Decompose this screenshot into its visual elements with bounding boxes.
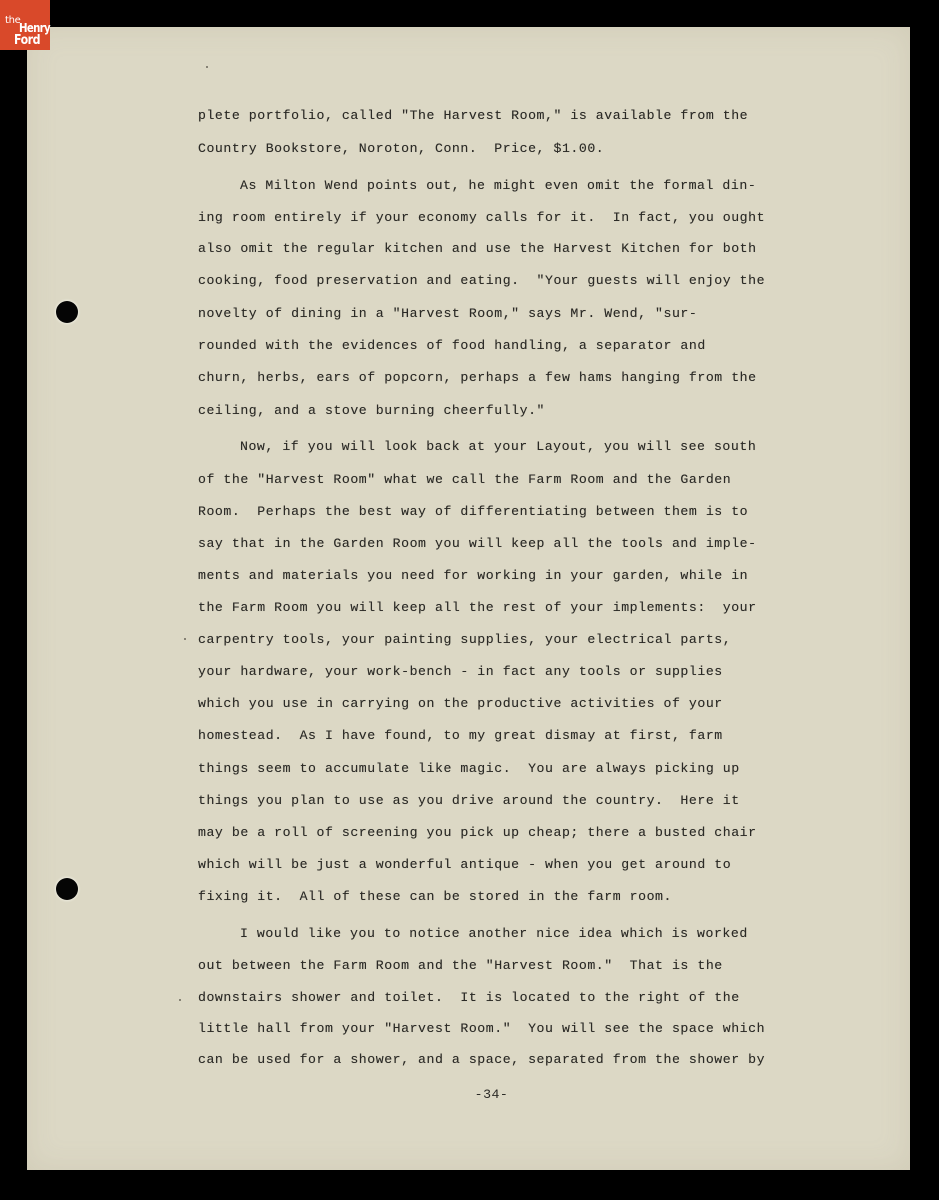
text-line: churn, herbs, ears of popcorn, perhaps a… (198, 370, 757, 386)
text-line: the Farm Room you will keep all the rest… (198, 600, 757, 616)
paper-speck (179, 999, 181, 1001)
paragraph-start-line: I would like you to notice another nice … (240, 926, 748, 942)
text-line: your hardware, your work-bench - in fact… (198, 664, 723, 680)
text-line: downstairs shower and toilet. It is loca… (198, 990, 740, 1006)
text-line: cooking, food preservation and eating. "… (198, 273, 765, 289)
text-line: novelty of dining in a "Harvest Room," s… (198, 306, 697, 322)
henry-ford-logo: the Henry Ford (0, 0, 50, 50)
text-line: ments and materials you need for working… (198, 568, 748, 584)
paragraph-start-line: Now, if you will look back at your Layou… (240, 439, 756, 455)
paper-speck (206, 66, 208, 68)
text-line: may be a roll of screening you pick up c… (198, 825, 757, 841)
text-line: say that in the Garden Room you will kee… (198, 536, 757, 552)
paper-speck (184, 638, 186, 640)
text-line: rounded with the evidences of food handl… (198, 338, 706, 354)
text-line: homestead. As I have found, to my great … (198, 728, 723, 744)
text-line: which you use in carrying on the product… (198, 696, 723, 712)
text-line: things seem to accumulate like magic. Yo… (198, 761, 740, 777)
text-line: out between the Farm Room and the "Harve… (198, 958, 723, 974)
text-line: carpentry tools, your painting supplies,… (198, 632, 731, 648)
text-line: Room. Perhaps the best way of differenti… (198, 504, 748, 520)
text-line: can be used for a shower, and a space, s… (198, 1052, 765, 1068)
text-line: of the "Harvest Room" what we call the F… (198, 472, 731, 488)
text-line: ing room entirely if your economy calls … (198, 210, 765, 226)
text-line: also omit the regular kitchen and use th… (198, 241, 757, 257)
paragraph-start-line: As Milton Wend points out, he might even… (240, 178, 756, 194)
text-line: little hall from your "Harvest Room." Yo… (198, 1021, 765, 1037)
text-line: fixing it. All of these can be stored in… (198, 889, 672, 905)
text-line: which will be just a wonderful antique -… (198, 857, 731, 873)
text-line: ceiling, and a stove burning cheerfully.… (198, 403, 545, 419)
punch-hole-icon (56, 301, 78, 323)
logo-word-ford: Ford (14, 34, 40, 47)
text-line: Country Bookstore, Noroton, Conn. Price,… (198, 141, 604, 157)
text-line: things you plan to use as you drive arou… (198, 793, 740, 809)
punch-hole-icon (56, 878, 78, 900)
text-line: plete portfolio, called "The Harvest Roo… (198, 108, 748, 124)
page-number: -34- (0, 1087, 939, 1102)
